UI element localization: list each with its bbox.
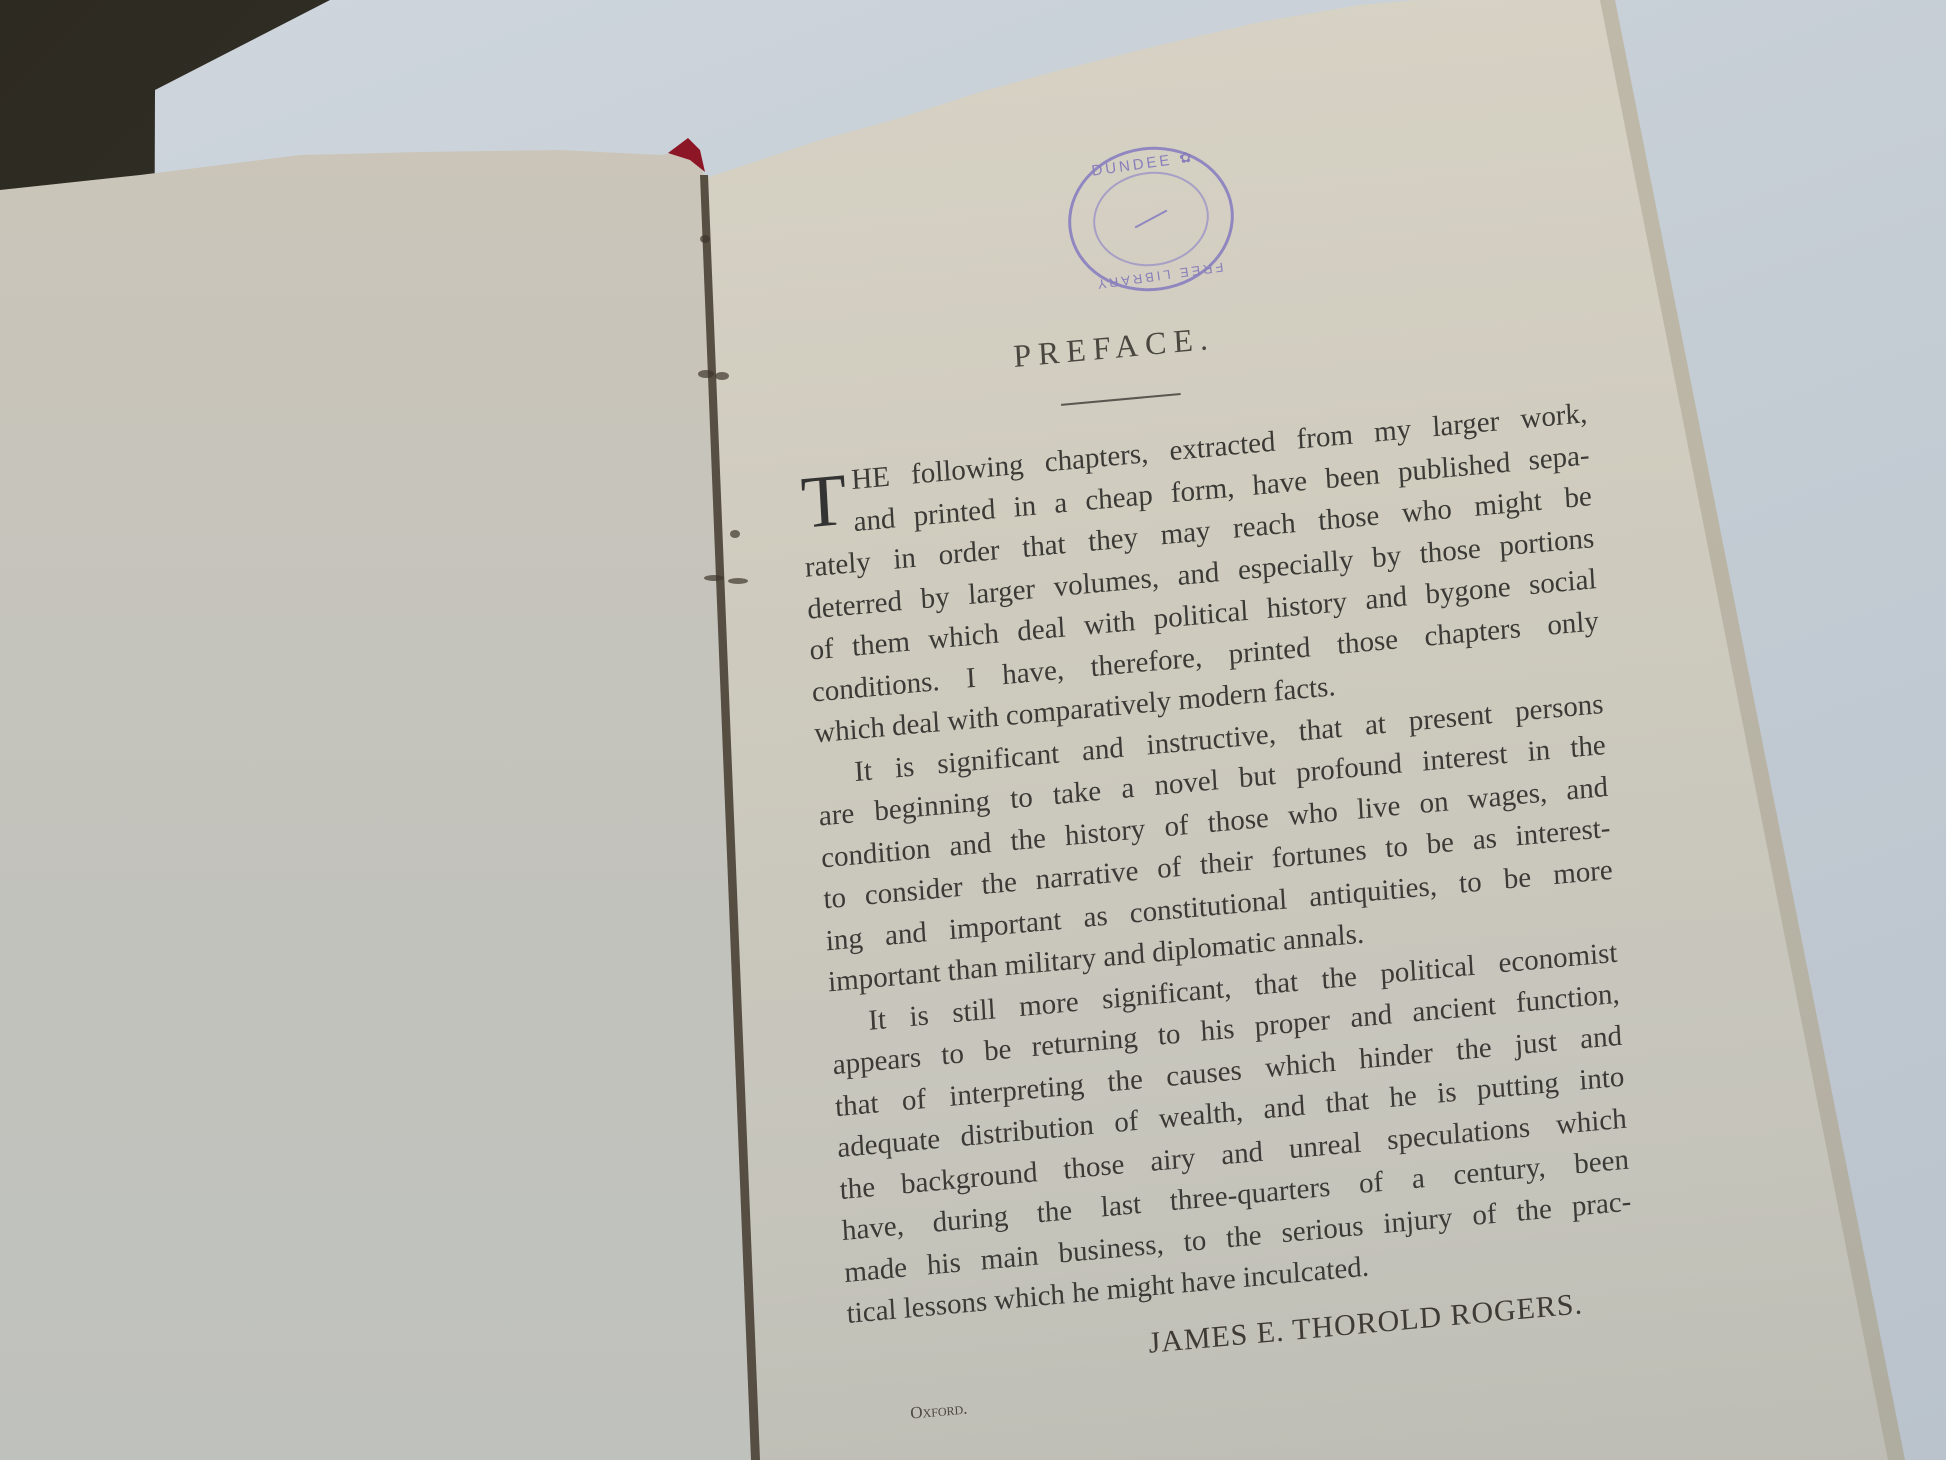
drop-cap: T bbox=[800, 469, 848, 535]
spine-speck bbox=[715, 372, 729, 380]
preface-body: T HE following chapters, extracted from … bbox=[799, 393, 1634, 1335]
spine-speck bbox=[698, 370, 714, 378]
spine-speck bbox=[730, 530, 740, 538]
spine-speck bbox=[700, 235, 710, 243]
book-photo: DUNDEE ✿ FREE LIBRARY PREFACE. T HE foll… bbox=[0, 0, 1946, 1460]
spine-speck bbox=[704, 575, 724, 581]
spine-speck bbox=[728, 578, 748, 584]
